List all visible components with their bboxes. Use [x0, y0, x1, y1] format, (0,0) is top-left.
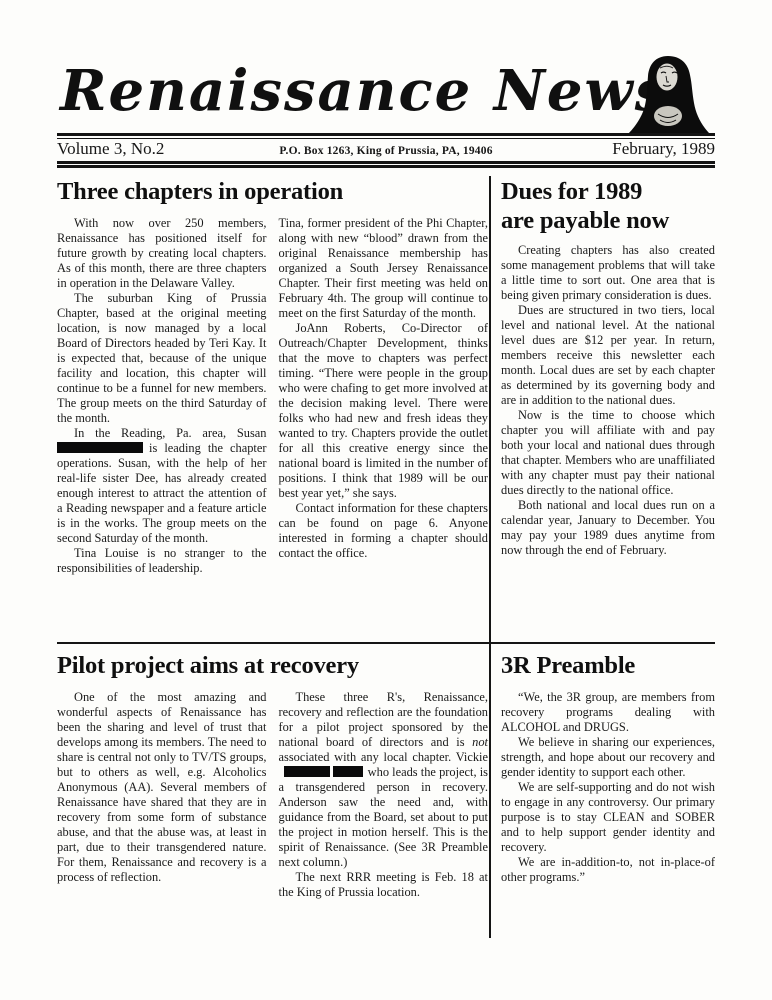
paragraph-with-redaction: In the Reading, Pa. area, Susan is leadi… — [57, 426, 267, 546]
article-headline: Dues for 1989are payable now — [501, 178, 715, 236]
paragraph: We believe in sharing our experiences, s… — [501, 735, 715, 780]
mona-lisa-icon — [622, 54, 714, 141]
article-headline: Pilot project aims at recovery — [57, 652, 488, 681]
paragraph-with-redaction: These three R's, Renaissance, recovery a… — [279, 690, 489, 870]
paragraph: One of the most amazing and wonderful as… — [57, 690, 267, 885]
redacted-surname — [57, 442, 143, 453]
paragraph: We are self-supporting and do not wish t… — [501, 780, 715, 855]
paragraph-text: who leads the project, is a transgendere… — [279, 765, 489, 869]
masthead-title: Renaissance News — [60, 58, 620, 124]
paragraph: Tina, former president of the Phi Chapte… — [279, 216, 489, 321]
article-column-2: These three R's, Renaissance, recovery a… — [279, 690, 489, 900]
paragraph: Tina Louise is no stranger to the respon… — [57, 546, 267, 576]
article-dues: Dues for 1989are payable now Creating ch… — [501, 178, 715, 558]
article-headline: 3R Preamble — [501, 652, 715, 681]
column-divider — [489, 176, 491, 938]
article-pilot-project: Pilot project aims at recovery One of th… — [57, 652, 488, 900]
newsletter-page: Renaissance News Volume 3, No.2 P.O. Box… — [0, 0, 772, 1000]
masthead-rule-bottom — [57, 161, 715, 168]
paragraph-text: These three R's, Renaissance, recovery a… — [279, 690, 489, 749]
po-box-address: P.O. Box 1263, King of Prussia, PA, 1940… — [240, 145, 532, 157]
paragraph-text: In the Reading, Pa. area, Susan — [74, 426, 267, 440]
article-headline: Three chapters in operation — [57, 178, 488, 207]
paragraph-text: associated with any local chapter. Vicki… — [279, 750, 489, 764]
paragraph: The next RRR meeting is Feb. 18 at the K… — [279, 870, 489, 900]
italic-word: not — [472, 735, 488, 749]
issue-date: February, 1989 — [532, 139, 715, 159]
redacted-surname — [284, 766, 330, 777]
paragraph-text: is leading the chapter operations. Susan… — [57, 441, 267, 545]
headline-line-1: Dues for 1989 — [501, 178, 642, 205]
article-three-chapters: Three chapters in operation With now ove… — [57, 178, 488, 576]
paragraph: Creating chapters has also created some … — [501, 243, 715, 303]
section-divider-rule — [57, 642, 715, 644]
volume-number: Volume 3, No.2 — [57, 139, 240, 159]
article-column-1: One of the most amazing and wonderful as… — [57, 690, 267, 900]
article-columns: With now over 250 members, Renaissance h… — [57, 216, 488, 576]
headline-line-2: are payable now — [501, 207, 669, 234]
paragraph: Contact information for these chapters c… — [279, 501, 489, 561]
article-3r-preamble: 3R Preamble “We, the 3R group, are membe… — [501, 652, 715, 885]
paragraph: We are in-addition-to, not in-place-of o… — [501, 855, 715, 885]
paragraph: Dues are structured in two tiers, local … — [501, 303, 715, 408]
paragraph: Both national and local dues run on a ca… — [501, 498, 715, 558]
article-column-1: With now over 250 members, Renaissance h… — [57, 216, 267, 576]
article-column-2: Tina, former president of the Phi Chapte… — [279, 216, 489, 576]
article-columns: One of the most amazing and wonderful as… — [57, 690, 488, 900]
issue-info-line: Volume 3, No.2 P.O. Box 1263, King of Pr… — [57, 139, 715, 159]
redacted-surname — [333, 766, 363, 777]
paragraph: Now is the time to choose which chapter … — [501, 408, 715, 498]
paragraph: The suburban King of Prussia Chapter, ba… — [57, 291, 267, 426]
paragraph: “We, the 3R group, are members from reco… — [501, 690, 715, 735]
paragraph: JoAnn Roberts, Co-Director of Outreach/C… — [279, 321, 489, 501]
paragraph: With now over 250 members, Renaissance h… — [57, 216, 267, 291]
